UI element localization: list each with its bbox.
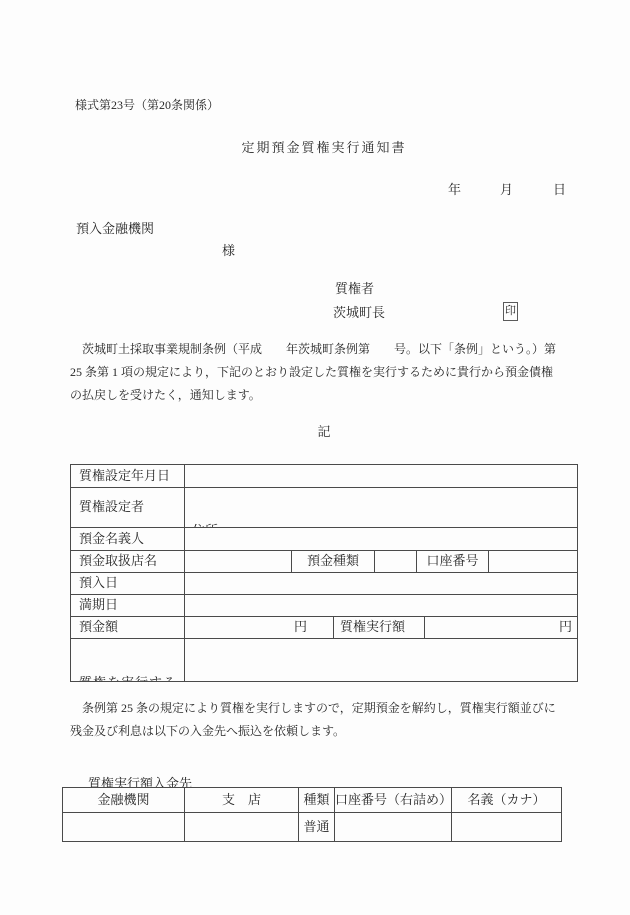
year-label: 年 bbox=[283, 593, 296, 594]
execution-amount-value-cell: 円 bbox=[424, 617, 577, 638]
body-paragraph-2: 条例第 25 条の規定により質権を実行しますので，定期預金を解約し，質権実行額並… bbox=[70, 697, 590, 743]
payee-account-number-digit-boxes bbox=[334, 813, 451, 841]
pledgor-value-cell: 住所 氏名 bbox=[184, 488, 577, 527]
deposit-amount-value-cell: 円 bbox=[184, 617, 333, 638]
reason-label: 質権を実行する 理 由 bbox=[71, 639, 184, 681]
reason-value-cell bbox=[184, 639, 577, 681]
header-financial-institution: 金融機関 bbox=[63, 788, 184, 812]
table-row-amounts: 預金額 円 質権実行額 円 bbox=[71, 616, 577, 638]
issue-date-day-label: 日 bbox=[553, 182, 566, 198]
deposit-type-label: 預金種類 bbox=[291, 551, 374, 572]
deposit-date-label: 預入日 bbox=[71, 573, 184, 594]
maturity-date-value-cell: 年 月 日 bbox=[184, 595, 577, 616]
deposit-type-value-cell bbox=[374, 551, 416, 572]
body-paragraph-1-line: の払戻しを受けたく，通知します。 bbox=[70, 384, 590, 407]
table-row-deposit-date: 預入日 年 月 日 bbox=[71, 572, 577, 594]
table-row-pledgor: 質権設定者 住所 氏名 bbox=[71, 487, 577, 527]
pledgee-name: 茨城町長 bbox=[333, 305, 385, 321]
table-row-reason: 質権を実行する 理 由 bbox=[71, 638, 577, 681]
year-label: 年 bbox=[283, 615, 296, 616]
handling-branch-label: 預金取扱店名 bbox=[71, 551, 184, 572]
deposit-holder-label: 預金名義人 bbox=[71, 528, 184, 550]
payee-table-data-row: 普通 bbox=[63, 812, 561, 841]
document-title: 定期預金質権実行通知書 bbox=[70, 140, 578, 156]
pledge-date-label: 質権設定年月日 bbox=[71, 465, 184, 487]
addressee-bank-label: 預入金融機関 bbox=[76, 221, 154, 237]
deposit-holder-value-cell bbox=[184, 528, 577, 550]
deposit-amount-label: 預金額 bbox=[71, 617, 184, 638]
pledgee-role-label: 質権者 bbox=[335, 281, 374, 297]
body-paragraph-2-line: 条例第 25 条の規定により質権を実行しますので，定期預金を解約し，質権実行額並… bbox=[70, 697, 590, 720]
handling-branch-value-cell bbox=[184, 551, 291, 572]
account-number-label: 口座番号 bbox=[416, 551, 488, 572]
payee-table: 金融機関 支 店 種類 口座番号（右詰め） 名義（カナ） 普通 bbox=[62, 787, 562, 842]
financial-institution-value-cell bbox=[63, 813, 184, 841]
ki-heading: 記 bbox=[70, 424, 578, 440]
table-row-pledge-date: 質権設定年月日 年 月 日 bbox=[71, 465, 577, 487]
reason-label-line1: 質権を実行する bbox=[79, 673, 176, 681]
branch-value-cell bbox=[184, 813, 298, 841]
pledgor-address-label: 住所 bbox=[192, 521, 577, 527]
body-paragraph-1-line: 25 条第 1 項の規定により，下記のとおり設定した質権を実行するために貴行から… bbox=[70, 361, 590, 384]
seal-stamp-box: 印 bbox=[503, 302, 518, 321]
pledgor-label: 質権設定者 bbox=[71, 488, 184, 527]
document-page: 様式第23号（第20条関係） 定期預金質権実行通知書 年 月 日 預入金融機関 … bbox=[0, 0, 630, 915]
issue-date-line: 年 月 日 bbox=[70, 182, 578, 198]
pledge-date-value-cell: 年 月 日 bbox=[184, 465, 577, 487]
header-account-type: 種類 bbox=[298, 788, 334, 812]
maturity-date-label: 満期日 bbox=[71, 595, 184, 616]
pledge-detail-table: 質権設定年月日 年 月 日 質権設定者 住所 氏名 預金名義人 預金取扱店名 預… bbox=[70, 464, 578, 682]
header-account-number: 口座番号（右詰め） bbox=[334, 788, 451, 812]
header-branch: 支 店 bbox=[184, 788, 298, 812]
account-number-digit-boxes bbox=[488, 551, 577, 572]
table-row-deposit-holder: 預金名義人 bbox=[71, 527, 577, 550]
table-row-maturity-date: 満期日 年 月 日 bbox=[71, 594, 577, 616]
issue-date-month-label: 月 bbox=[500, 182, 513, 198]
payee-table-header-row: 金融機関 支 店 種類 口座番号（右詰め） 名義（カナ） bbox=[63, 788, 561, 812]
account-name-value-cell bbox=[451, 813, 561, 841]
account-type-value-cell: 普通 bbox=[298, 813, 334, 841]
execution-amount-label: 質権実行額 bbox=[333, 617, 424, 638]
body-paragraph-1-line: 茨城町土採取事業規制条例（平成 年茨城町条例第 号。以下「条例」という。）第 bbox=[70, 338, 590, 361]
deposit-date-value-cell: 年 月 日 bbox=[184, 573, 577, 594]
addressee-honorific: 様 bbox=[222, 243, 235, 259]
form-number: 様式第23号（第20条関係） bbox=[75, 97, 219, 113]
issue-date-year-label: 年 bbox=[448, 182, 461, 198]
year-label: 年 bbox=[283, 486, 296, 487]
body-paragraph-2-line: 残金及び利息は以下の入金先へ振込を依頼します。 bbox=[70, 720, 590, 743]
body-paragraph-1: 茨城町土採取事業規制条例（平成 年茨城町条例第 号。以下「条例」という。）第 2… bbox=[70, 338, 590, 407]
table-row-branch-account: 預金取扱店名 預金種類 口座番号 bbox=[71, 550, 577, 572]
header-account-name: 名義（カナ） bbox=[451, 788, 561, 812]
